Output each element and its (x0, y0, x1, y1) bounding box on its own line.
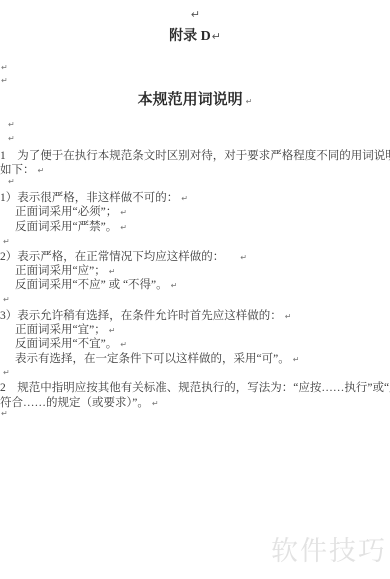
paragraph-mark-icon: ↵ (171, 281, 178, 290)
paragraph-mark-icon: ↵ (120, 208, 127, 217)
clause-2-heading-text: 2）表示严格，在正常情况下均应这样做的： (0, 251, 224, 263)
clause-1-negative: 反面词采用“严禁”。↵ (15, 220, 127, 235)
paragraph-mark-icon: ↵ (3, 238, 10, 246)
clause-2-positive-text: 正面词采用“应”； (15, 265, 106, 277)
main-title: 本规范用词说明↵ (0, 93, 390, 109)
paragraph-1-line-1: 1 为了便于在执行本规范条文时区别对待，对于要求严格程度不同的用词说明 (0, 149, 390, 163)
watermark: 软件技巧 (271, 529, 387, 568)
paragraph-mark-icon: ↵ (212, 31, 221, 43)
main-title-text: 本规范用词说明 (138, 92, 243, 108)
clause-3-negative-text: 反面词采用“不宜”。 (15, 338, 117, 350)
paragraph-mark-icon: ↵ (120, 223, 127, 232)
paragraph-2-line-1-text: 2 规范中指明应按其他有关标准、规范执行的，写法为：“应按……执行”或“应 (0, 382, 390, 394)
paragraph-mark-icon: ↵ (240, 253, 247, 262)
paragraph-mark-icon: ↵ (8, 121, 15, 129)
paragraph-mark-icon: ↵ (1, 77, 8, 85)
clause-3-heading-text: 3）表示允许稍有选择，在条件允许时首先应这样做的： (0, 310, 282, 322)
paragraph-1-line-2: 如下：↵ (0, 163, 44, 178)
clause-3-positive: 正面词采用“宜”；↵ (15, 323, 115, 338)
clause-1-heading: 1）表示很严格，非这样做不可的：↵ (0, 191, 188, 206)
paragraph-mark-icon: ↵ (3, 369, 10, 377)
clause-3-optional: 表示有选择，在一定条件下可以这样做的，采用“可”。↵ (15, 352, 299, 367)
clause-2-negative-text: 反面词采用“不应” 或 “不得”。 (15, 279, 168, 291)
clause-3-negative: 反面词采用“不宜”。↵ (15, 337, 127, 352)
paragraph-1-line-1-text: 1 为了便于在执行本规范条文时区别对待，对于要求严格程度不同的用词说明 (0, 150, 390, 162)
paragraph-mark-icon: ↵ (191, 9, 200, 21)
paragraph-mark-icon: ↵ (109, 326, 116, 335)
paragraph-mark-icon: ↵ (285, 312, 292, 321)
top-paragraph-line: ↵ (0, 8, 390, 22)
paragraph-1-line-2-text: 如下： (0, 164, 35, 176)
clause-1-positive: 正面词采用“必须”；↵ (15, 205, 127, 220)
paragraph-mark-icon: ↵ (293, 355, 300, 364)
paragraph-mark-icon: ↵ (181, 194, 188, 203)
paragraph-mark-icon: ↵ (152, 399, 159, 408)
paragraph-mark-icon: ↵ (3, 296, 10, 304)
clause-3-heading: 3）表示允许稍有选择，在条件允许时首先应这样做的：↵ (0, 309, 291, 324)
paragraph-mark-icon: ↵ (109, 267, 116, 276)
paragraph-2-line-2: 符合……的规定（或要求）”。↵ (0, 396, 159, 411)
paragraph-mark-icon: ↵ (120, 340, 127, 349)
document-page: ↵ 附录 D↵ ↵ ↵ 本规范用词说明↵ ↵ ↵ 1 为了便于在执行本规范条文时… (0, 0, 390, 579)
clause-1-negative-text: 反面词采用“严禁”。 (15, 221, 117, 233)
paragraph-mark-icon: ↵ (38, 166, 45, 175)
paragraph-mark-icon: ↵ (1, 64, 8, 72)
appendix-heading: 附录 D↵ (0, 30, 390, 44)
clause-1-heading-text: 1）表示很严格，非这样做不可的： (0, 192, 178, 204)
paragraph-mark-icon: ↵ (246, 97, 253, 106)
paragraph-2-line-1: 2 规范中指明应按其他有关标准、规范执行的，写法为：“应按……执行”或“应 (0, 381, 390, 395)
paragraph-mark-icon: ↵ (8, 178, 15, 186)
clause-2-negative: 反面词采用“不应” 或 “不得”。↵ (15, 278, 177, 293)
paragraph-2-line-2-text: 符合……的规定（或要求）”。 (0, 397, 149, 409)
clause-1-positive-text: 正面词采用“必须”； (15, 206, 117, 218)
clause-2-positive: 正面词采用“应”；↵ (15, 264, 115, 279)
clause-3-positive-text: 正面词采用“宜”； (15, 324, 106, 336)
paragraph-mark-icon: ↵ (1, 410, 8, 418)
paragraph-mark-icon: ↵ (8, 135, 15, 143)
clause-2-heading: 2）表示严格，在正常情况下均应这样做的：↵ (0, 250, 247, 265)
appendix-heading-text: 附录 D (169, 29, 211, 44)
clause-3-optional-text: 表示有选择，在一定条件下可以这样做的，采用“可”。 (15, 353, 290, 365)
